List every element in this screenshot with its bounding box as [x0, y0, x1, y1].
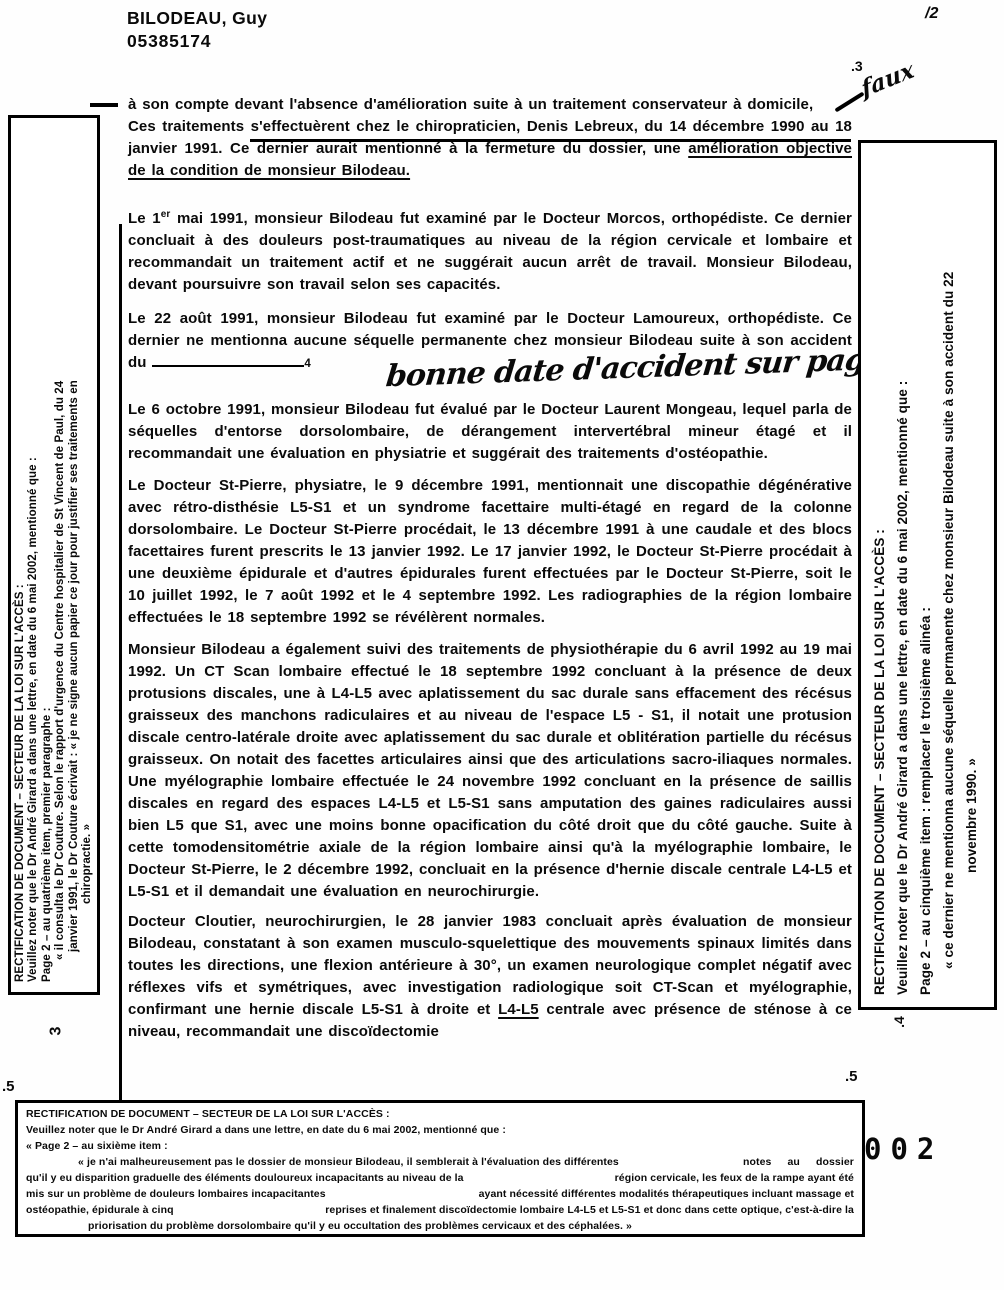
paragraph-dr-st-pierre: Le Docteur St-Pierre, physiatre, le 9 dé… [128, 475, 852, 629]
paragraph-ct-scan: Monsieur Bilodeau a également suivi des … [128, 639, 852, 903]
bottom-rectification-box: RECTIFICATION DE DOCUMENT – SECTEUR DE L… [15, 1100, 865, 1237]
rectification-line: Veuillez noter que le Dr André Girard a … [26, 1122, 854, 1138]
rectification-line: Veuillez noter que le Dr André Girard a … [891, 155, 914, 995]
rectification-line: Page 2 – au cinquième item : remplacer l… [914, 155, 937, 995]
rectification-line: mis sur un problème de douleurs lombaire… [26, 1186, 854, 1202]
margin-mark-3: .3 [851, 58, 863, 74]
rectification-line: priorisation du problème dorsolombaire q… [26, 1218, 854, 1234]
rectification-text: reprises et finalement discoïdectomie lo… [325, 1202, 854, 1218]
paragraph-carryover: à son compte devant l'absence d'améliora… [128, 94, 852, 116]
rectification-line: qu'il y eu disparition graduelle des élé… [26, 1170, 854, 1186]
paragraph-text: mai 1991, monsieur Bilodeau fut examiné … [128, 210, 852, 293]
scanned-document-page: BILODEAU, Guy 05385174 /2 .3 3 .4 .5 .5 … [0, 0, 1004, 1290]
rectification-line: ostéopathie, épidurale à cinqreprises et… [26, 1202, 854, 1218]
rectification-header: RECTIFICATION DE DOCUMENT – SECTEUR DE L… [14, 128, 27, 982]
rectification-text: qu'il y eu disparition graduelle des élé… [26, 1170, 464, 1186]
rectification-text: « je n'ai malheureusement pas le dossier… [26, 1154, 619, 1170]
rectification-text: ostéopathie, épidurale à cinq [26, 1202, 174, 1218]
rectification-text: mis sur un problème de douleurs lombaire… [26, 1186, 326, 1202]
margin-mark-4-rotated: .4 [891, 1016, 907, 1028]
paragraph-dr-cloutier: Docteur Cloutier, neurochirurgien, le 28… [128, 911, 852, 1043]
paragraph-text: Le 1 [128, 210, 161, 227]
rectification-line: « ce dernier ne mentionna aucune séquell… [937, 155, 960, 995]
rectification-text: région cervicale, les feux de la rampe a… [615, 1170, 854, 1186]
document-body: à son compte devant l'absence d'améliora… [128, 94, 852, 1043]
margin-mark-5-right: .5 [845, 1068, 858, 1085]
margin-mark-3-rotated: 3 [47, 1027, 65, 1036]
rectification-line: « il consulta le Dr Couture. Selon le ra… [54, 128, 67, 982]
paragraph-dr-mongeau: Le 6 octobre 1991, monsieur Bilodeau fut… [128, 399, 852, 465]
paragraph-dr-morcos: Le 1er mai 1991, monsieur Bilodeau fut e… [128, 204, 852, 296]
rectification-line: Page 2 – au quatrième item, premier para… [41, 128, 54, 982]
rectification-line: « Page 2 – au sixième item : [26, 1138, 854, 1154]
page-stamp-002: 002 [864, 1132, 943, 1166]
page-number: /2 [925, 5, 938, 23]
margin-vertical-line [119, 224, 122, 1102]
rectification-text: notes au dossier [743, 1154, 854, 1170]
right-rectification-box: RECTIFICATION DE DOCUMENT – SECTEUR DE L… [858, 140, 997, 1010]
underlined-text: L4-L5 [498, 1001, 539, 1018]
handwritten-faux-note: faux [859, 56, 917, 103]
margin-dash [90, 103, 118, 107]
rectification-text: ayant nécessité différentes modalités th… [479, 1186, 854, 1202]
paragraph-chiropractic-treatments: Ces traitements s'effectuèrent chez le c… [128, 116, 852, 182]
footnote-mark-4: 4 [304, 358, 311, 370]
rectification-line: novembre 1990. » [960, 155, 983, 995]
file-number: 05385174 [127, 31, 211, 52]
rectification-line: « je n'ai malheureusement pas le dossier… [26, 1154, 854, 1170]
paragraph-dr-lamoureux: Le 22 août 1991, monsieur Bilodeau fut e… [128, 308, 852, 375]
patient-name: BILODEAU, Guy [127, 8, 267, 29]
rectification-line: Veuillez noter que le Dr André Girard a … [27, 128, 40, 982]
blank-date-line [152, 352, 304, 367]
rectification-line: chiropractie. » [81, 128, 94, 982]
rectification-header: RECTIFICATION DE DOCUMENT – SECTEUR DE L… [26, 1106, 854, 1122]
superscript-er: er [161, 209, 171, 220]
margin-mark-5-left: .5 [2, 1078, 15, 1095]
rectification-header: RECTIFICATION DE DOCUMENT – SECTEUR DE L… [868, 155, 891, 995]
left-rectification-box: RECTIFICATION DE DOCUMENT – SECTEUR DE L… [8, 115, 100, 995]
rectification-line: janvier 1991, le Dr Couture écrivait : «… [68, 128, 81, 982]
